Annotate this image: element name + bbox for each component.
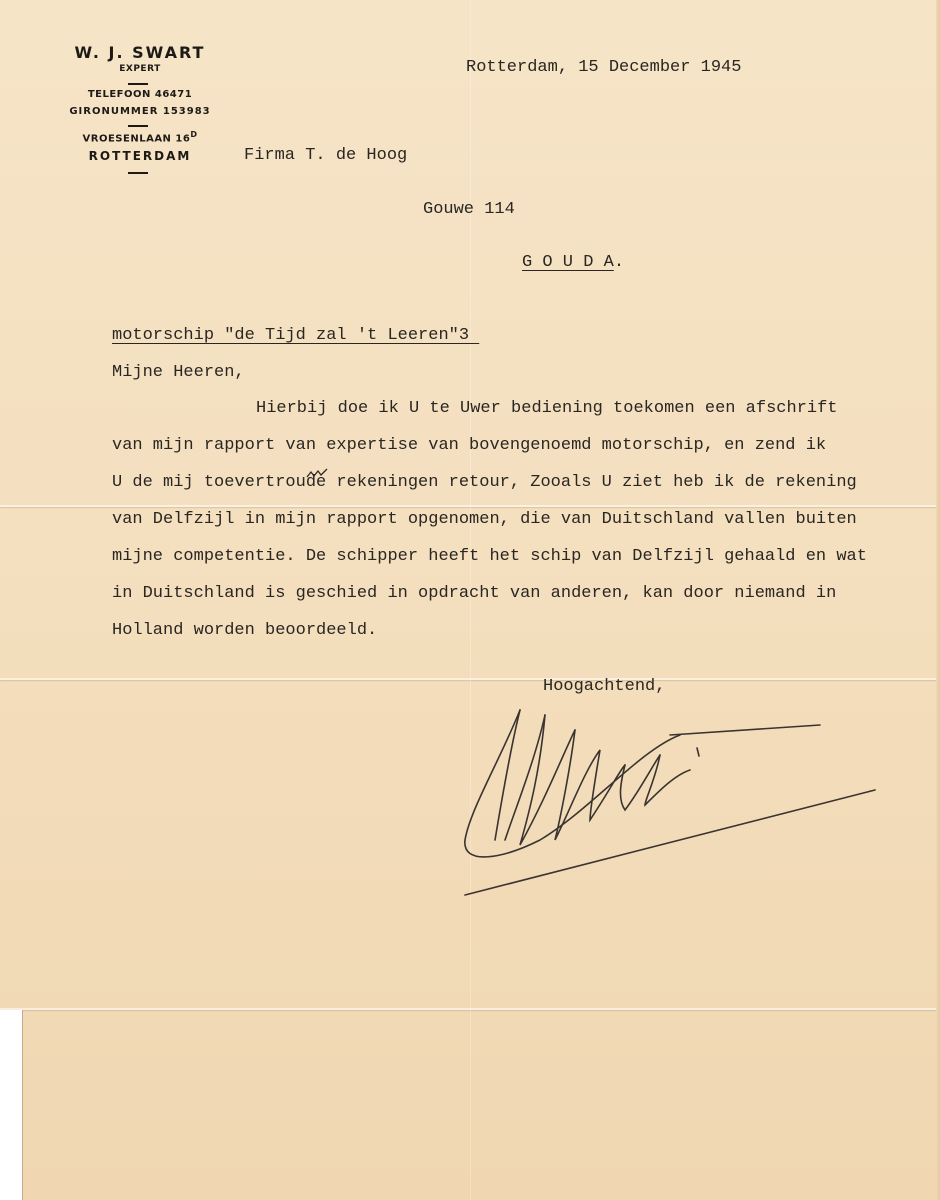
salutation: Mijne Heeren, xyxy=(112,363,245,382)
body-line: Holland worden beoordeeld. xyxy=(112,621,377,640)
body-line: van Delfzijl in mijn rapport opgenomen, … xyxy=(112,510,857,529)
signature-icon xyxy=(460,690,880,900)
correction-mark-icon xyxy=(305,468,329,480)
body-line: Hierbij doe ik U te Uwer bediening toeko… xyxy=(256,399,838,418)
letterhead-title: EXPERT xyxy=(60,64,220,74)
letterhead-divider xyxy=(128,125,148,127)
letterhead-divider xyxy=(128,172,148,174)
letterhead-city: ROTTERDAM xyxy=(60,149,220,163)
letterhead-divider xyxy=(128,83,148,85)
date-line: Rotterdam, 15 December 1945 xyxy=(466,58,741,77)
recipient-city-punct: . xyxy=(614,253,624,272)
recipient-address: Gouwe 114 xyxy=(423,200,515,219)
torn-edge xyxy=(0,1010,23,1200)
body-line: van mijn rapport van expertise van boven… xyxy=(112,436,826,455)
recipient-firm: Firma T. de Hoog xyxy=(244,146,407,165)
subject-line: motorschip "de Tijd zal 't Leeren"3 xyxy=(112,326,479,345)
recipient-city: G O U D A. xyxy=(522,253,624,272)
letterhead-phone: TELEFOON 46471 xyxy=(60,89,220,100)
letterhead-street: VROESENLAAN 16D xyxy=(60,130,220,144)
letterhead-giro: GIRONUMMER 153983 xyxy=(60,106,220,117)
body-line: U de mij toevertroude rekeningen retour,… xyxy=(112,473,857,492)
street-suffix: D xyxy=(190,130,197,139)
street-text: VROESENLAAN 16 xyxy=(83,133,191,144)
body-line: in Duitschland is geschied in opdracht v… xyxy=(112,584,836,603)
recipient-city-text: G O U D A xyxy=(522,253,614,272)
body-line: mijne competentie. De schipper heeft het… xyxy=(112,547,867,566)
letterhead-name: W. J. SWART xyxy=(60,43,220,62)
paper-edge xyxy=(936,0,940,1200)
